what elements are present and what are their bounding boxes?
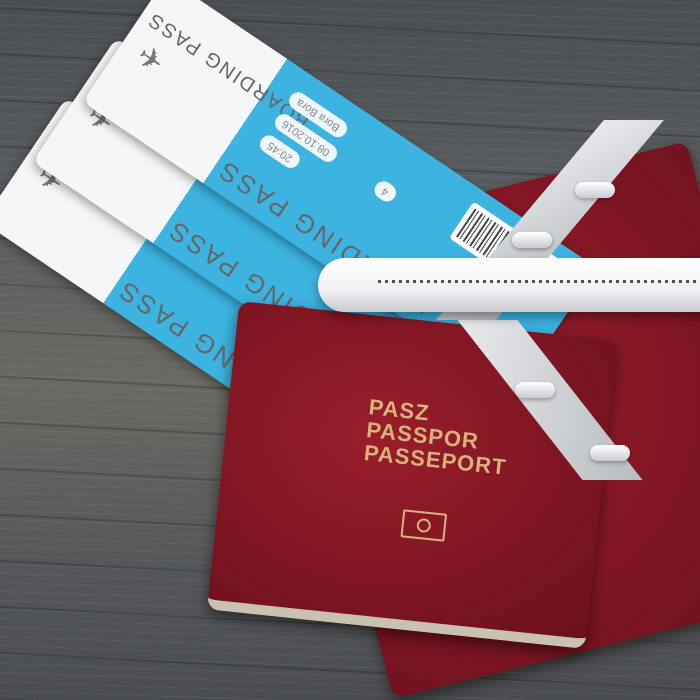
airplane-windows [378, 280, 700, 283]
engine [575, 182, 615, 198]
ticket-stub-label: BOARDING PASS [143, 7, 313, 132]
biometric-chip-icon [400, 509, 447, 541]
engine [590, 445, 630, 461]
passport-front: PASZ PASSPOR PASSEPORT [207, 301, 617, 649]
engine [515, 382, 555, 398]
gate-field: 4 [371, 178, 399, 205]
passport-cover-text: PASZ PASSPOR PASSEPORT [363, 395, 512, 479]
plane-icon: ✈ [130, 38, 170, 81]
toy-airplane [318, 240, 700, 330]
airplane-fuselage [318, 258, 700, 312]
photo-scene: BOARDING PASS ✈ Emma Smith BOARDING PASS… [0, 0, 700, 700]
